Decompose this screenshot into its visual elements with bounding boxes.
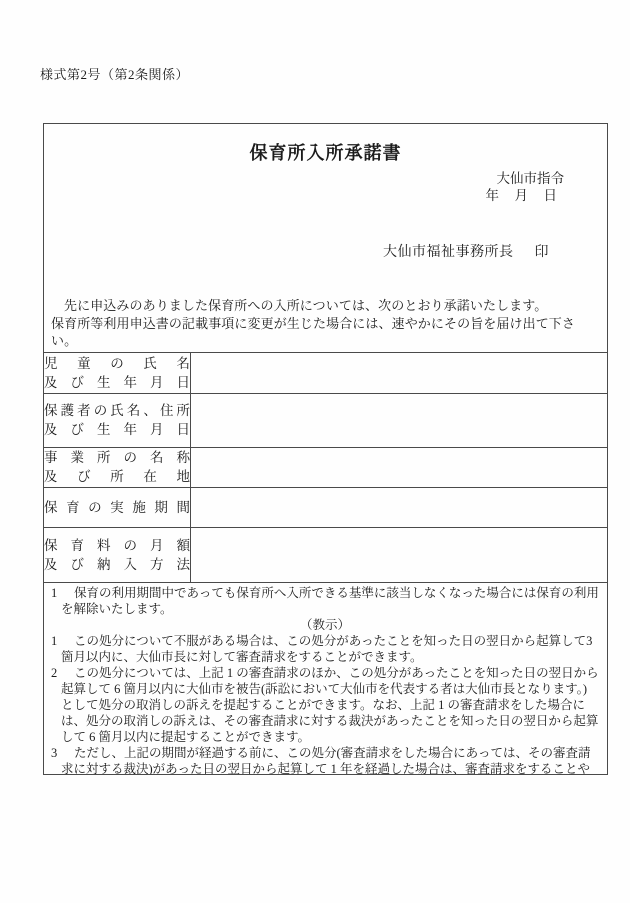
intro-line-1: 先に申込みのありました保育所への入所については、次のとおり承諾いたします。	[51, 297, 597, 315]
row-value-guardian	[191, 393, 608, 447]
document-title: 保育所入所承諾書	[44, 141, 607, 165]
signature-line: 大仙市福祉事務所長 印	[44, 244, 607, 261]
row-label-fee: 保育料の月額 及び納入方法	[44, 527, 191, 582]
row-label-line: 保育の実施期間	[44, 498, 190, 517]
table-row: 保育の実施期間	[44, 487, 607, 527]
kyoji-item-3: 3ただし、上記の期間が経過する前に、この処分(審査請求をした場合にあっては、その…	[51, 745, 599, 776]
kyoji-text: ただし、上記の期間が経過する前に、この処分(審査請求をした場合にあっては、その審…	[61, 746, 591, 776]
seal-placeholder: 印	[535, 244, 550, 261]
kyoji-number: 2	[51, 665, 74, 681]
kyoji-item-2: 2この処分については、上記 1 の審査請求のほか、この処分があったことを知った日…	[51, 665, 599, 745]
row-value-fee	[191, 527, 608, 582]
document-page: 様式第2号（第2条関係） 保育所入所承諾書 大仙市指令 年 月 日 大仙市福祉事…	[0, 0, 630, 903]
table-row: 保育料の月額 及び納入方法	[44, 527, 607, 582]
row-label-line: 及び所在地	[44, 467, 190, 486]
table-row: 児童の氏名 及び生年月日	[44, 352, 607, 393]
form-border-box: 保育所入所承諾書 大仙市指令 年 月 日 大仙市福祉事務所長 印 先に申込みのあ…	[43, 123, 608, 775]
row-label-line: 事業所の名称	[44, 448, 190, 467]
directive-office: 大仙市指令	[44, 170, 564, 187]
row-label-child-name: 児童の氏名 及び生年月日	[44, 352, 191, 393]
row-label-line: 児童の氏名	[44, 354, 190, 373]
row-label-period: 保育の実施期間	[44, 487, 191, 527]
row-label-guardian: 保護者の氏名、住所 及び生年月日	[44, 393, 191, 447]
row-value-period	[191, 487, 608, 527]
row-label-line: 保護者の氏名、住所	[44, 401, 190, 420]
kyoji-text: この処分について不服がある場合は、この処分があったことを知った日の翌日から起算し…	[61, 634, 592, 664]
row-label-line: 保育料の月額	[44, 536, 190, 555]
kyoji-number: 1	[51, 633, 74, 649]
note-number: 1	[51, 585, 74, 601]
row-label-line: 及び生年月日	[44, 373, 190, 392]
intro-line-2: 保育所等利用申込書の記載事項に変更が生じた場合には、速やかにその旨を届け出て下さ…	[51, 315, 597, 350]
kyoji-heading: （教示）	[51, 617, 599, 633]
directive-date: 年 月 日	[44, 187, 564, 204]
notes-section: 1保育の利用期間中であっても保育所へ入所できる基準に該当しなくなった場合には保育…	[44, 583, 607, 776]
directive-block: 大仙市指令 年 月 日	[44, 170, 607, 204]
kyoji-text: この処分については、上記 1 の審査請求のほか、この処分があったことを知った日の…	[61, 666, 599, 744]
details-table: 児童の氏名 及び生年月日 保護者の氏名、住所 及び生年月日 事業所の名称 及	[44, 352, 607, 583]
row-value-child-name	[191, 352, 608, 393]
note-text: 保育の利用期間中であっても保育所へ入所できる基準に該当しなくなった場合には保育の…	[61, 586, 599, 616]
row-label-line: 及び生年月日	[44, 420, 190, 439]
signer-office: 大仙市福祉事務所長	[383, 244, 514, 261]
form-number-label: 様式第2号（第2条関係）	[40, 64, 189, 83]
row-value-facility	[191, 447, 608, 487]
intro-paragraph: 先に申込みのありました保育所への入所については、次のとおり承諾いたします。 保育…	[44, 297, 607, 350]
note-cancellation: 1保育の利用期間中であっても保育所へ入所できる基準に該当しなくなった場合には保育…	[51, 585, 599, 617]
table-row: 事業所の名称 及び所在地	[44, 447, 607, 487]
table-row: 保護者の氏名、住所 及び生年月日	[44, 393, 607, 447]
kyoji-item-1: 1この処分について不服がある場合は、この処分があったことを知った日の翌日から起算…	[51, 633, 599, 665]
kyoji-number: 3	[51, 745, 74, 761]
row-label-line: 及び納入方法	[44, 555, 190, 574]
row-label-facility: 事業所の名称 及び所在地	[44, 447, 191, 487]
